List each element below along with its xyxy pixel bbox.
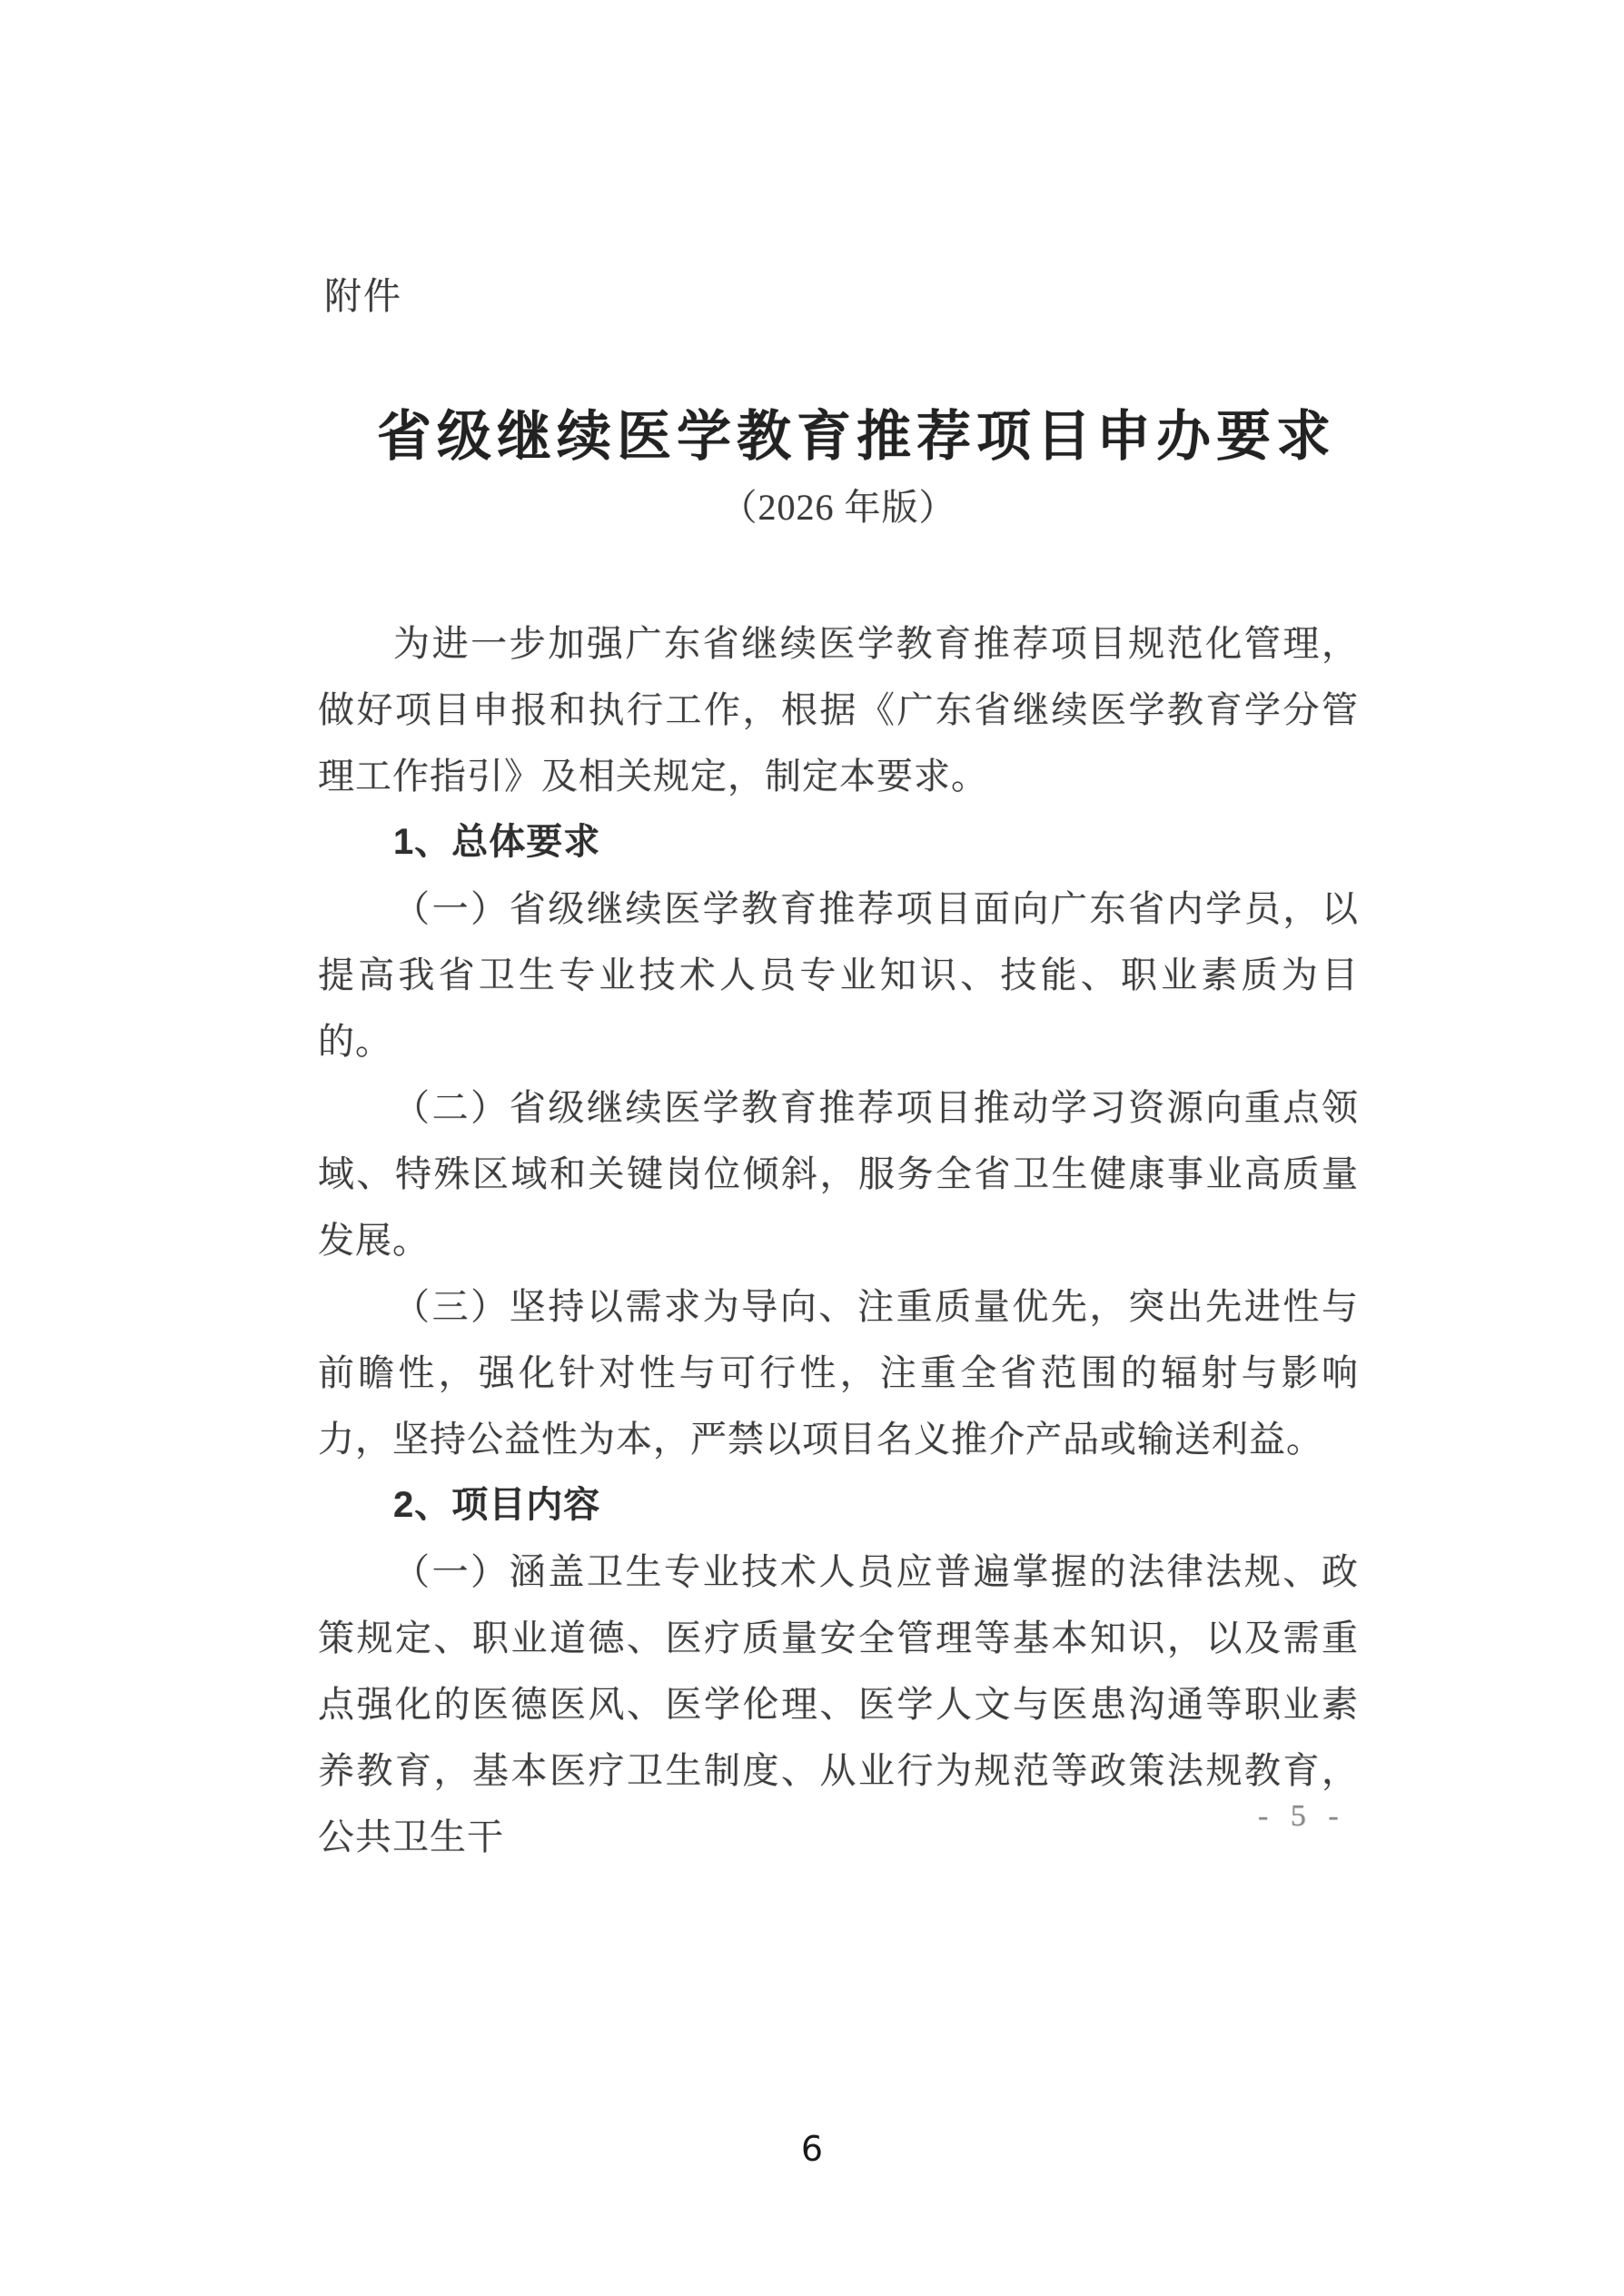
section-heading-project-content: 2、项目内容 [318,1472,1359,1539]
inline-page-number: - 5 - [1258,1799,1346,1834]
paragraph-1-3: （三）坚持以需求为导向、注重质量优先，突出先进性与前瞻性，强化针对性与可行性，注… [318,1273,1359,1472]
section-heading-overall-requirements: 1、总体要求 [318,809,1359,876]
attachment-label: 附件 [324,266,402,320]
scanned-document-content: 附件 省级继续医学教育推荐项目申办要求 （2026 年版） 为进一步加强广东省继… [0,0,1624,2296]
paragraph-2-1: （一）涵盖卫生专业技术人员应普遍掌握的法律法规、政策规定、职业道德、医疗质量安全… [318,1539,1359,1870]
edition-subtitle: （2026 年版） [318,479,1359,530]
document-title: 省级继续医学教育推荐项目申办要求 [354,393,1359,471]
paragraph-1-2: （二）省级继续医学教育推荐项目推动学习资源向重点领域、特殊区域和关键岗位倾斜，服… [318,1074,1359,1273]
document-page: 附件 省级继续医学教育推荐项目申办要求 （2026 年版） 为进一步加强广东省继… [0,0,1624,2296]
document-body: 为进一步加强广东省继续医学教育推荐项目规范化管理，做好项目申报和执行工作，根据《… [318,610,1359,1870]
footer-page-number: 6 [0,2129,1624,2169]
paragraph-1-1: （一）省级继续医学教育推荐项目面向广东省内学员，以提高我省卫生专业技术人员专业知… [318,876,1359,1074]
paragraph-intro: 为进一步加强广东省继续医学教育推荐项目规范化管理，做好项目申报和执行工作，根据《… [318,610,1359,809]
